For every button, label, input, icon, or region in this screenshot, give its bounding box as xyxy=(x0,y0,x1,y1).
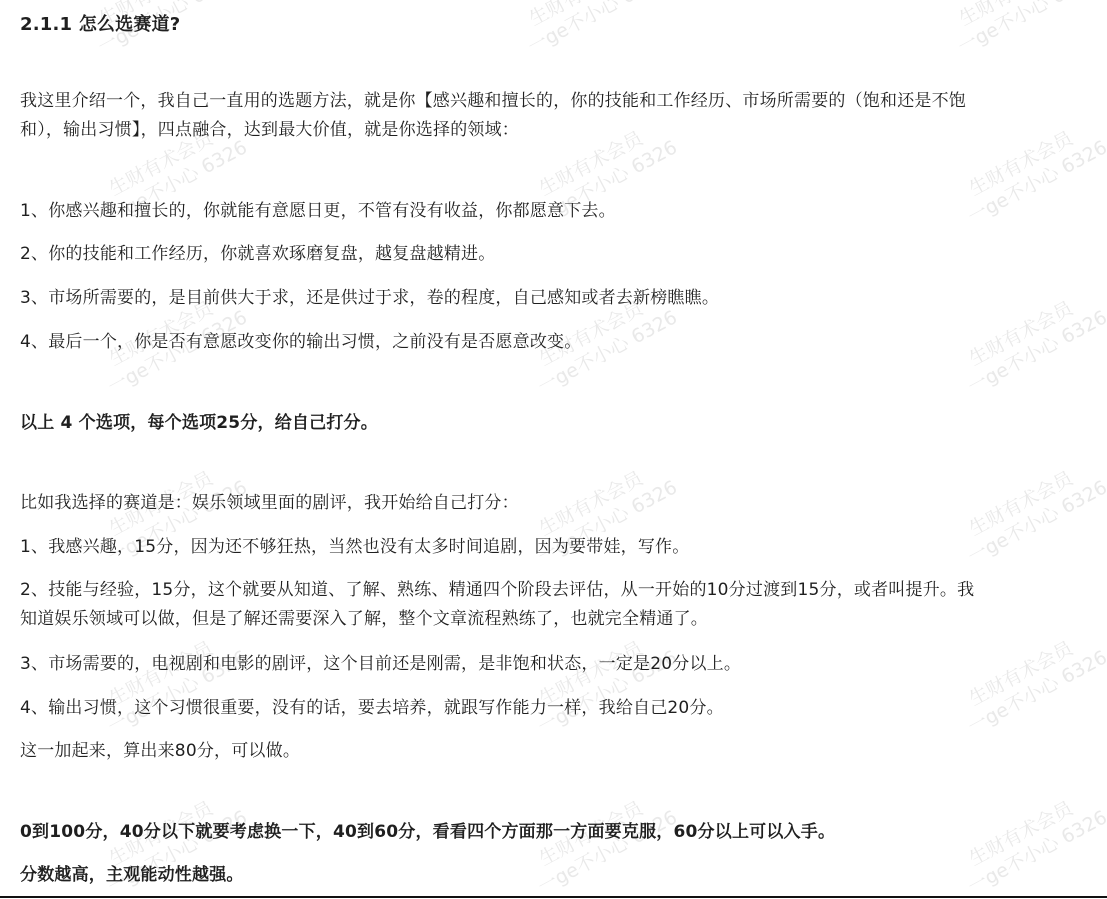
total-score: 这一加起来，算出来80分，可以做。 xyxy=(20,739,300,763)
scoring-rule: 以上 4 个选项，每个选项25分，给自己打分。 xyxy=(20,411,378,435)
watermark: 生财有术会员一ge不小心 6326 xyxy=(965,624,1107,732)
example-item-4: 4、输出习惯，这个习惯很重要，没有的话，要去培养，就跟写作能力一样，我给自己20… xyxy=(20,696,724,720)
example-intro: 比如我选择的赛道是：娱乐领域里面的剧评，我开始给自己打分： xyxy=(20,491,519,515)
example-item-2-line-2: 知道娱乐领域可以做，但是了解还需要深入了解，整个文章流程熟练了，也就完全精通了。 xyxy=(20,607,708,631)
example-item-2-line-1: 2、技能与经验，15分，这个就要从知道、了解、熟练、精通四个阶段去评估，从一开始… xyxy=(20,578,974,602)
watermark: 生财有术会员一ge不小心 6326 xyxy=(965,784,1107,892)
bottom-divider xyxy=(0,896,1107,898)
example-item-1: 1、我感兴趣，15分，因为还不够狂热，当然也没有太多时间追剧，因为要带娃，写作。 xyxy=(20,535,689,559)
criterion-2: 2、你的技能和工作经历，你就喜欢琢磨复盘，越复盘越精进。 xyxy=(20,242,495,266)
intro-paragraph-line-1: 我这里介绍一个，我自己一直用的选题方法，就是你【感兴趣和擅长的，你的技能和工作经… xyxy=(20,89,966,113)
watermark: 生财有术会员一ge不小心 6326 xyxy=(965,454,1107,562)
watermark: 生财有术会员一ge不小心 6326 xyxy=(965,284,1107,392)
criterion-1: 1、你感兴趣和擅长的，你就能有意愿日更，不管有没有收益，你都愿意下去。 xyxy=(20,199,616,223)
conclusion-line-1: 0到100分，40分以下就要考虑换一下，40到60分，看看四个方面那一方面要克服… xyxy=(20,820,835,844)
watermark: 生财有术会员一ge不小心 6326 xyxy=(525,0,671,52)
watermark: 生财有术会员一ge不小心 6326 xyxy=(955,0,1101,52)
watermark: 生财有术会员一ge不小心 6326 xyxy=(965,114,1107,222)
criterion-4: 4、最后一个，你是否有意愿改变你的输出习惯，之前没有是否愿意改变。 xyxy=(20,330,581,354)
example-item-3: 3、市场需要的，电视剧和电影的剧评，这个目前还是刚需，是非饱和状态，一定是20分… xyxy=(20,652,741,676)
intro-paragraph-line-2: 和），输出习惯】，四点融合，达到最大价值，就是你选择的领域： xyxy=(20,118,519,142)
section-heading: 2.1.1 怎么选赛道? xyxy=(20,13,180,37)
criterion-3: 3、市场所需要的，是目前供大于求，还是供过于求，卷的程度，自己感知或者去新榜瞧瞧… xyxy=(20,286,719,310)
conclusion-line-2: 分数越高，主观能动性越强。 xyxy=(20,863,244,887)
